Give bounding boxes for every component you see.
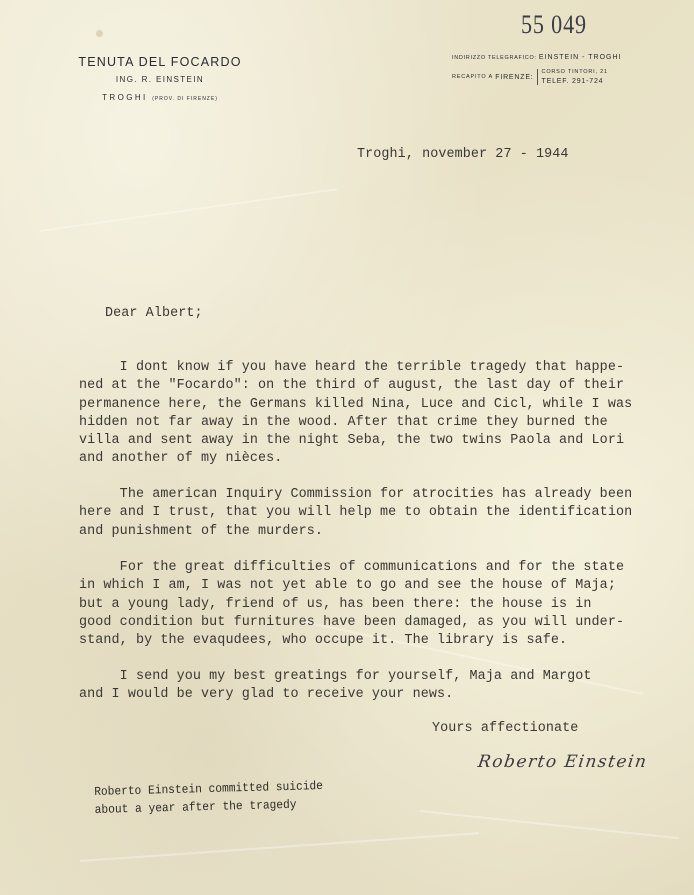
letterhead-left: TENUTA DEL FOCARDO ING. R. EINSTEIN TROG… xyxy=(50,54,270,102)
text-line: hidden not far away in the wood. After t… xyxy=(79,414,679,432)
letter-page: TENUTA DEL FOCARDO ING. R. EINSTEIN TROG… xyxy=(0,0,694,895)
text-line: and another of my nièces. xyxy=(79,450,679,468)
text-line: The american Inquiry Commission for atro… xyxy=(79,486,679,504)
text-line: villa and sent away in the night Seba, t… xyxy=(79,432,679,450)
paper-stain xyxy=(96,30,103,37)
annotation-note: Roberto Einstein committed suicide about… xyxy=(94,777,324,819)
office-address-lines: CORSO TINTORI, 21 TELEF. 291-724 xyxy=(542,68,608,86)
letterhead-location: TROGHI (PROV. DI FIRENZE) xyxy=(50,93,270,102)
letterhead-location-note: (PROV. DI FIRENZE) xyxy=(152,96,218,102)
telegraph-label: INDIRIZZO TELEGRAFICO: xyxy=(452,55,537,61)
text-line: permanence here, the Germans killed Nina… xyxy=(79,396,679,414)
brace-divider xyxy=(537,69,538,85)
paper-crease xyxy=(80,832,479,862)
telegraph-address: INDIRIZZO TELEGRAFICO: EINSTEIN - TROGHI xyxy=(452,54,662,61)
closing: Yours affectionate xyxy=(432,721,578,736)
paragraph-4: I send you my best greatings for yoursel… xyxy=(79,668,679,705)
text-line: I dont know if you have heard the terrib… xyxy=(79,359,679,377)
letterhead-right: INDIRIZZO TELEGRAFICO: EINSTEIN - TROGHI… xyxy=(452,54,662,86)
office-address: RECAPITO A FIRENZE: CORSO TINTORI, 21 TE… xyxy=(452,68,662,86)
text-line: For the great difficulties of communicat… xyxy=(79,559,679,577)
letterhead-location-name: TROGHI xyxy=(102,93,148,102)
paragraph-2: The american Inquiry Commission for atro… xyxy=(79,486,679,541)
office-city: FIRENZE: xyxy=(495,74,533,81)
text-line: I send you my best greatings for yoursel… xyxy=(79,668,679,686)
address-street: CORSO TINTORI, 21 xyxy=(542,68,608,77)
text-line: in which I am, I was not yet able to go … xyxy=(79,577,679,595)
office-label: RECAPITO A xyxy=(452,74,493,80)
address-phone: TELEF. 291-724 xyxy=(542,77,608,86)
archive-stamp-number: 55 049 xyxy=(521,10,587,40)
text-line: and punishment of the murders. xyxy=(79,523,679,541)
telegraph-value: EINSTEIN - TROGHI xyxy=(539,54,622,61)
letterhead-subtitle: ING. R. EINSTEIN xyxy=(50,75,270,84)
salutation: Dear Albert; xyxy=(105,306,203,321)
text-line: ned at the "Focardo": on the third of au… xyxy=(79,377,679,395)
paper-crease xyxy=(40,188,337,232)
paragraph-1: I dont know if you have heard the terrib… xyxy=(79,359,679,469)
paragraph-3: For the great difficulties of communicat… xyxy=(79,559,679,650)
text-line: and I would be very glad to receive your… xyxy=(79,686,679,704)
text-line: here and I trust, that you will help me … xyxy=(79,504,679,522)
letter-date: Troghi, november 27 - 1944 xyxy=(357,147,569,162)
handwritten-signature: Roberto Einstein xyxy=(477,752,649,772)
text-line: good condition but furnitures have been … xyxy=(79,614,679,632)
text-line: but a young lady, friend of us, has been… xyxy=(79,596,679,614)
text-line: stand, by the evaqudees, who occupe it. … xyxy=(79,632,679,650)
letterhead-title: TENUTA DEL FOCARDO xyxy=(50,54,270,70)
